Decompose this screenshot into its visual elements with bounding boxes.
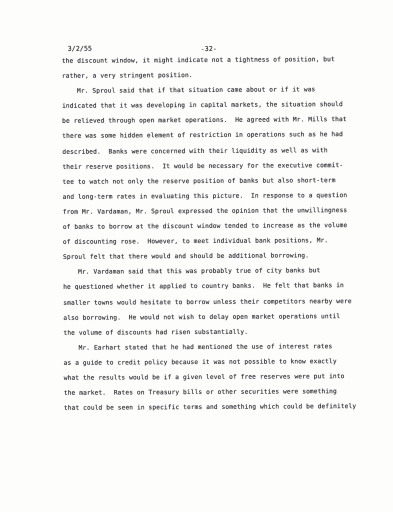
- text-line: that could be seen in specific terms and…: [64, 399, 366, 416]
- page-content: 3/2/55 -32- the discount window, it migh…: [0, 0, 393, 512]
- text-line: their reserve positions. It would be nec…: [62, 158, 364, 175]
- text-line: also borrowing. He would not wish to del…: [63, 309, 365, 326]
- text-line: described. Banks were concerned with the…: [62, 143, 364, 160]
- text-line: there was some hidden element of restric…: [62, 127, 364, 144]
- document-body: the discount window, it might indicate n…: [62, 52, 366, 416]
- document-page: 3/2/55 -32- the discount window, it migh…: [0, 0, 393, 512]
- page-number: -32-: [201, 45, 217, 53]
- text-line: the discount window, it might indicate n…: [62, 52, 364, 69]
- text-line: tee to watch not only the reserve positi…: [63, 173, 365, 190]
- text-line: and long-term rates in evaluating this p…: [63, 188, 365, 205]
- document-date: 3/2/55: [68, 45, 92, 53]
- text-line: he questioned whether it applied to coun…: [63, 278, 365, 295]
- text-line: of discounting rose. However, to meet in…: [63, 233, 365, 250]
- text-line: Mr. Earhart stated that he had mentioned…: [64, 339, 366, 356]
- text-line: smaller towns would hesitate to borrow u…: [63, 293, 365, 310]
